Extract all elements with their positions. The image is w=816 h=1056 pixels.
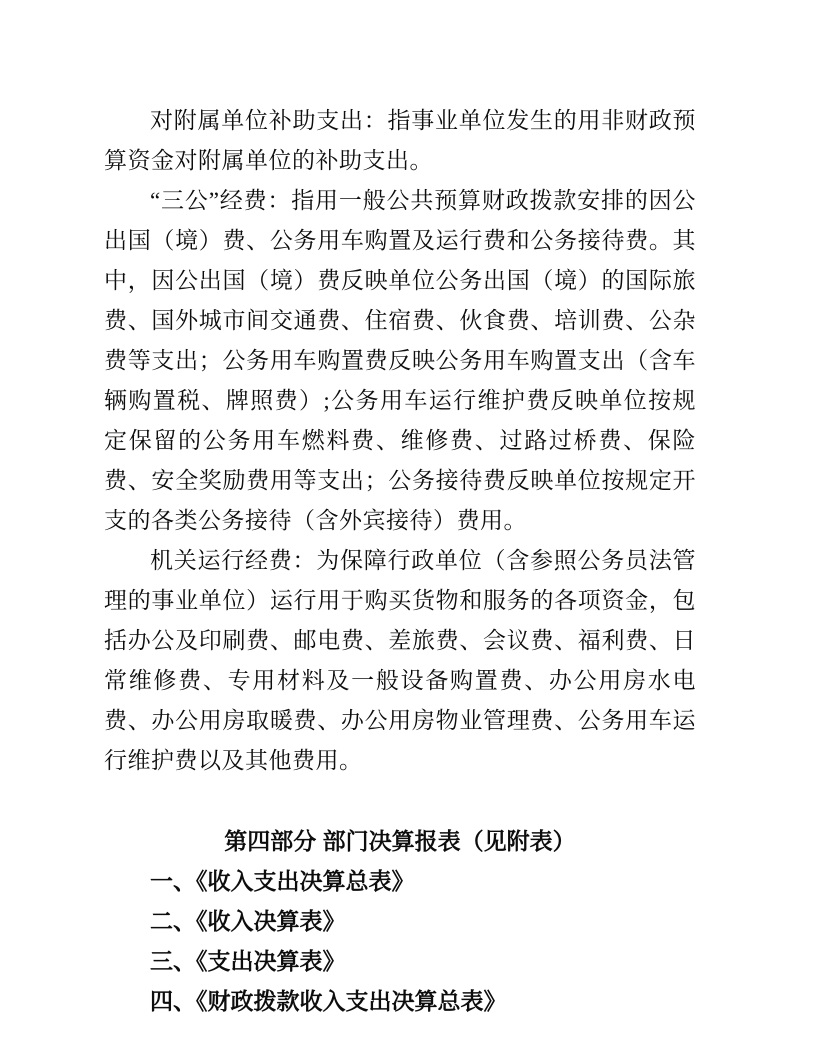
report-table-list: 一、《收入支出决算总表》 二、《收入决算表》 三、《支出决算表》 四、《财政拨款…	[104, 861, 696, 1021]
paragraph-three-public-expenses: “三公”经费：指用一般公共预算财政拨款安排的因公出国（境）费、公务用车购置及运行…	[104, 181, 696, 541]
report-list-item-expenditure-statement: 三、《支出决算表》	[104, 941, 696, 981]
document-content: 对附属单位补助支出：指事业单位发生的用非财政预算资金对附属单位的补助支出。 “三…	[104, 101, 696, 1021]
document-page: 对附属单位补助支出：指事业单位发生的用非财政预算资金对附属单位的补助支出。 “三…	[0, 0, 816, 1056]
section-heading-part-four: 第四部分 部门决算报表（见附表）	[104, 821, 696, 861]
paragraph-subsidy-to-affiliated-units: 对附属单位补助支出：指事业单位发生的用非财政预算资金对附属单位的补助支出。	[104, 101, 696, 181]
report-list-item-income-statement: 二、《收入决算表》	[104, 901, 696, 941]
report-list-item-income-expenditure-summary: 一、《收入支出决算总表》	[104, 861, 696, 901]
paragraph-agency-operating-expenses: 机关运行经费：为保障行政单位（含参照公务员法管理的事业单位）运行用于购买货物和服…	[104, 541, 696, 781]
report-list-item-fiscal-appropriation-summary: 四、《财政拨款收入支出决算总表》	[104, 981, 696, 1021]
